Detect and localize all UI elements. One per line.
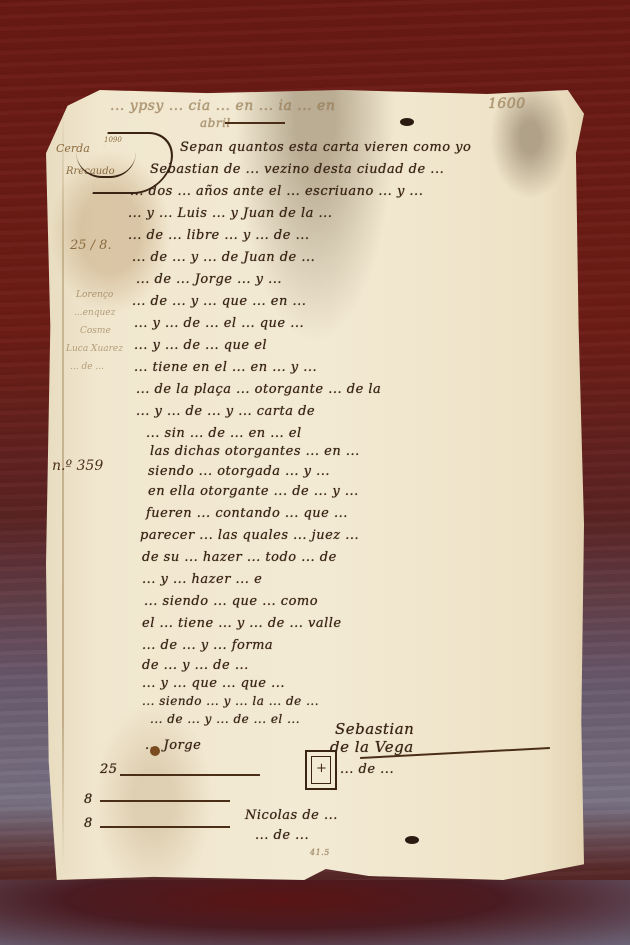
body-line: siendo ... otorgada ... y ... xyxy=(148,464,330,479)
body-line: ... y ... de ... y ... carta de xyxy=(136,404,315,419)
left-abbrev-2: 8 xyxy=(84,792,93,807)
body-line: ... sin ... de ... en ... el xyxy=(146,426,302,441)
header-underline xyxy=(225,122,285,124)
body-line: ... de ... y ... forma xyxy=(142,638,273,653)
body-line: ... de ... libre ... y ... de ... xyxy=(128,228,309,243)
body-line: en ella otorgante ... de ... y ... xyxy=(148,484,359,499)
left-abbrev-3: 8 xyxy=(84,816,93,831)
body-line: de su ... hazer ... todo ... de xyxy=(142,550,337,565)
margin-note-3: Lorenço xyxy=(76,290,113,300)
body-line: fueren ... contando ... que ... xyxy=(146,506,348,521)
body-line: el ... tiene ... y ... de ... valle xyxy=(142,616,342,631)
body-line: de ... y ... de ... xyxy=(142,658,249,673)
ink-blot-bottom xyxy=(405,836,419,844)
signature-sebastian: Sebastian xyxy=(335,720,414,738)
margin-note-5: Cosme xyxy=(80,326,111,336)
body-line: ... y ... hazer ... e xyxy=(142,572,262,587)
signature-de-la-vega: de la Vega xyxy=(330,738,414,756)
body-line: ... y ... Luis ... y Juan de la ... xyxy=(128,206,332,221)
body-line: ... de ... y ... que ... en ... xyxy=(132,294,306,309)
header-top-line: ... ypsy ... cia ... en ... ia ... en xyxy=(110,98,335,114)
body-line: ... siendo ... y ... la ... de ... xyxy=(142,694,319,708)
body-line: ... de ... y ... de Juan de ... xyxy=(132,250,315,265)
body-line: ... de ... Jorge ... y ... xyxy=(136,272,282,287)
witness-signature-2: ... de ... xyxy=(255,828,309,843)
notary-sign: + xyxy=(305,750,337,790)
left-rule-1 xyxy=(120,774,260,776)
header-year: 1600 xyxy=(488,96,526,112)
body-line: ... de la plaça ... otorgante ... de la xyxy=(136,382,381,397)
ink-blot xyxy=(400,118,414,126)
margin-note-7: ... de ... xyxy=(70,362,104,372)
left-rule-2 xyxy=(100,800,230,802)
body-line: parecer ... las quales ... juez ... xyxy=(140,528,359,543)
body-line: ... siendo ... que ... como xyxy=(144,594,318,609)
witness-signature-1: Nicolas de ... xyxy=(245,808,338,823)
body-line: las dichas otorgantes ... en ... xyxy=(150,444,360,459)
margin-note-6: Luca Xuarez xyxy=(66,344,123,354)
ink-stain xyxy=(150,746,160,756)
body-line: ... dos ... años ante el ... escriuano .… xyxy=(130,184,423,199)
body-line: ... y ... de ... que el xyxy=(134,338,267,353)
body-line: ... tiene en el ... en ... y ... xyxy=(134,360,317,375)
body-line: ... de ... y ... de ... el ... xyxy=(150,712,300,726)
cross-icon: + xyxy=(316,761,327,776)
paper-fold-line xyxy=(62,100,64,870)
body-line: ... y ... de ... el ... que ... xyxy=(134,316,304,331)
body-line: Sepan quantos esta carta vieren como yo xyxy=(180,140,471,155)
margin-fee: 25 / 8. xyxy=(70,238,112,253)
footer-folio-mark: 41.5 xyxy=(310,848,330,857)
margin-register-number: n.º 359 xyxy=(52,458,103,474)
table-shadow-region xyxy=(0,880,630,945)
left-rule-3 xyxy=(100,826,230,828)
margin-note-4: ...enquez xyxy=(74,308,115,318)
body-line: ... y ... que ... que ... xyxy=(142,676,285,691)
body-line: Sebastian de ... vezino desta ciudad de … xyxy=(150,162,444,177)
left-abbrev-1: 25 xyxy=(100,762,118,777)
notary-name: ... de ... xyxy=(340,762,394,777)
